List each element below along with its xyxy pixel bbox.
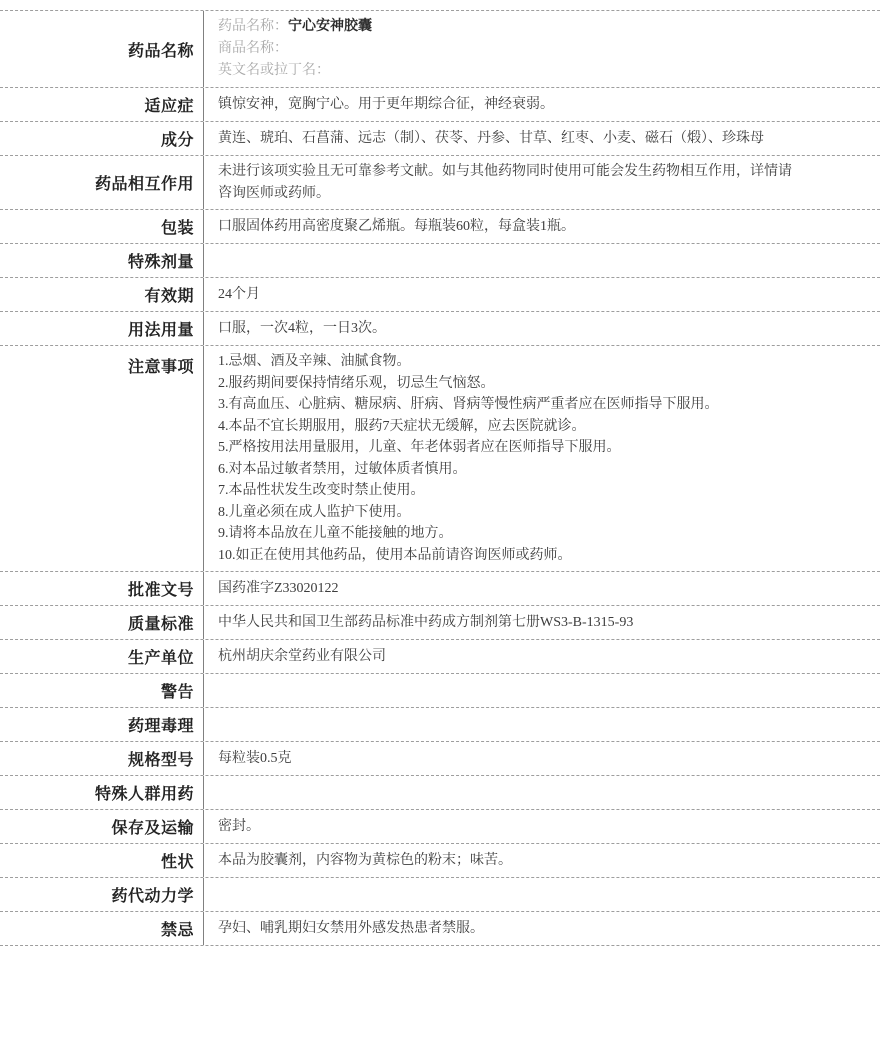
table-row: 特殊人群用药 — [0, 776, 880, 810]
page-canvas: 药品名称药品名称：宁心安神胶囊商品名称：英文名或拉丁名：适应症镇惊安神，宽胸宁心… — [0, 0, 880, 1040]
row-value-line: 密封。 — [218, 816, 796, 838]
row-value-line: 中华人民共和国卫生部药品标准中药成方制剂第七册WS3-B-1315-93 — [218, 612, 796, 634]
row-value-line: 1.忌烟、酒及辛辣、油腻食物。 — [218, 351, 796, 373]
name-field-line: 英文名或拉丁名： — [218, 60, 870, 82]
row-label: 成分 — [0, 122, 204, 155]
row-value-line: 8.儿童必须在成人监护下使用。 — [218, 502, 796, 524]
table-row: 适应症镇惊安神，宽胸宁心。用于更年期综合征，神经衰弱。 — [0, 88, 880, 122]
row-value-line: 24个月 — [218, 284, 796, 306]
row-value-line: 5.严格按用法用量服用，儿童、年老体弱者应在医师指导下服用。 — [218, 437, 796, 459]
row-value: 未进行该项实验且无可靠参考文献。如与其他药物同时使用可能会发生药物相互作用，详情… — [204, 156, 880, 209]
row-value-line: 2.服药期间要保持情绪乐观，切忌生气恼怒。 — [218, 373, 796, 395]
table-row: 包装口服固体药用高密度聚乙烯瓶。每瓶装60粒，每盒装1瓶。 — [0, 210, 880, 244]
row-value: 口服，一次4粒，一日3次。 — [204, 312, 880, 345]
table-row: 保存及运输密封。 — [0, 810, 880, 844]
field-key: 英文名或拉丁名： — [218, 63, 330, 78]
row-value — [204, 244, 880, 277]
row-label: 警告 — [0, 674, 204, 707]
table-row: 用法用量口服，一次4粒，一日3次。 — [0, 312, 880, 346]
row-value: 口服固体药用高密度聚乙烯瓶。每瓶装60粒，每盒装1瓶。 — [204, 210, 880, 243]
table-row: 批准文号国药准字Z33020122 — [0, 572, 880, 606]
row-label: 特殊人群用药 — [0, 776, 204, 809]
table-row: 警告 — [0, 674, 880, 708]
row-label: 药代动力学 — [0, 878, 204, 911]
table-row: 药品名称药品名称：宁心安神胶囊商品名称：英文名或拉丁名： — [0, 11, 880, 88]
row-value: 密封。 — [204, 810, 880, 843]
row-value: 24个月 — [204, 278, 880, 311]
row-value-line: 本品为胶囊剂，内容物为黄棕色的粉末；味苦。 — [218, 850, 796, 872]
table-row: 禁忌孕妇、哺乳期妇女禁用外感发热患者禁服。 — [0, 912, 880, 946]
row-value — [204, 878, 880, 911]
table-row: 性状本品为胶囊剂，内容物为黄棕色的粉末；味苦。 — [0, 844, 880, 878]
row-label: 禁忌 — [0, 912, 204, 945]
row-value-line: 孕妇、哺乳期妇女禁用外感发热患者禁服。 — [218, 918, 796, 940]
name-field-line: 商品名称： — [218, 38, 870, 60]
field-value: 宁心安神胶囊 — [288, 19, 372, 34]
row-value-line: 9.请将本品放在儿童不能接触的地方。 — [218, 523, 796, 545]
row-value: 国药准字Z33020122 — [204, 572, 880, 605]
row-value-line: 每粒装0.5克 — [218, 748, 796, 770]
table-row: 规格型号每粒装0.5克 — [0, 742, 880, 776]
row-value-line: 7.本品性状发生改变时禁止使用。 — [218, 480, 796, 502]
row-label: 特殊剂量 — [0, 244, 204, 277]
table-row: 特殊剂量 — [0, 244, 880, 278]
row-value: 黄连、琥珀、石菖蒲、远志（制）、茯苓、丹参、甘草、红枣、小麦、磁石（煅）、珍珠母 — [204, 122, 880, 155]
row-value-line: 3.有高血压、心脏病、糖尿病、肝病、肾病等慢性病严重者应在医师指导下服用。 — [218, 394, 796, 416]
row-value-line: 杭州胡庆余堂药业有限公司 — [218, 646, 796, 668]
name-field-line: 药品名称：宁心安神胶囊 — [218, 16, 870, 38]
row-value: 孕妇、哺乳期妇女禁用外感发热患者禁服。 — [204, 912, 880, 945]
row-value: 每粒装0.5克 — [204, 742, 880, 775]
table-row: 生产单位杭州胡庆余堂药业有限公司 — [0, 640, 880, 674]
row-value: 本品为胶囊剂，内容物为黄棕色的粉末；味苦。 — [204, 844, 880, 877]
row-label: 药品名称 — [0, 11, 204, 87]
row-value-line: 国药准字Z33020122 — [218, 578, 796, 600]
table-row: 质量标准中华人民共和国卫生部药品标准中药成方制剂第七册WS3-B-1315-93 — [0, 606, 880, 640]
table-row: 有效期24个月 — [0, 278, 880, 312]
row-value-line: 口服，一次4粒，一日3次。 — [218, 318, 796, 340]
row-label: 有效期 — [0, 278, 204, 311]
row-label: 药理毒理 — [0, 708, 204, 741]
table-row: 成分黄连、琥珀、石菖蒲、远志（制）、茯苓、丹参、甘草、红枣、小麦、磁石（煅）、珍… — [0, 122, 880, 156]
field-key: 药品名称： — [218, 19, 288, 34]
row-value: 1.忌烟、酒及辛辣、油腻食物。2.服药期间要保持情绪乐观，切忌生气恼怒。3.有高… — [204, 346, 880, 571]
row-value — [204, 708, 880, 741]
row-value-line: 6.对本品过敏者禁用，过敏体质者慎用。 — [218, 459, 796, 481]
row-label: 生产单位 — [0, 640, 204, 673]
row-value: 药品名称：宁心安神胶囊商品名称：英文名或拉丁名： — [204, 11, 880, 87]
row-value-line: 10.如正在使用其他药品，使用本品前请咨询医师或药师。 — [218, 545, 796, 567]
row-value — [204, 674, 880, 707]
row-label: 药品相互作用 — [0, 156, 204, 209]
row-label: 批准文号 — [0, 572, 204, 605]
row-value — [204, 776, 880, 809]
row-value-line: 未进行该项实验且无可靠参考文献。如与其他药物同时使用可能会发生药物相互作用，详情… — [218, 161, 796, 204]
drug-info-table: 药品名称药品名称：宁心安神胶囊商品名称：英文名或拉丁名：适应症镇惊安神，宽胸宁心… — [0, 10, 880, 946]
row-value: 杭州胡庆余堂药业有限公司 — [204, 640, 880, 673]
row-value-line: 4.本品不宜长期服用，服药7天症状无缓解，应去医院就诊。 — [218, 416, 796, 438]
row-label: 性状 — [0, 844, 204, 877]
row-value: 中华人民共和国卫生部药品标准中药成方制剂第七册WS3-B-1315-93 — [204, 606, 880, 639]
row-label: 规格型号 — [0, 742, 204, 775]
field-key: 商品名称： — [218, 41, 288, 56]
row-label: 保存及运输 — [0, 810, 204, 843]
row-value-line: 黄连、琥珀、石菖蒲、远志（制）、茯苓、丹参、甘草、红枣、小麦、磁石（煅）、珍珠母 — [218, 128, 796, 150]
table-row: 注意事项1.忌烟、酒及辛辣、油腻食物。2.服药期间要保持情绪乐观，切忌生气恼怒。… — [0, 346, 880, 572]
row-label: 适应症 — [0, 88, 204, 121]
row-value-line: 口服固体药用高密度聚乙烯瓶。每瓶装60粒，每盒装1瓶。 — [218, 216, 796, 238]
table-row: 药理毒理 — [0, 708, 880, 742]
table-row: 药代动力学 — [0, 878, 880, 912]
row-value: 镇惊安神，宽胸宁心。用于更年期综合征，神经衰弱。 — [204, 88, 880, 121]
row-label: 质量标准 — [0, 606, 204, 639]
table-row: 药品相互作用未进行该项实验且无可靠参考文献。如与其他药物同时使用可能会发生药物相… — [0, 156, 880, 210]
row-label: 用法用量 — [0, 312, 204, 345]
row-label: 注意事项 — [0, 346, 204, 571]
row-label: 包装 — [0, 210, 204, 243]
row-value-line: 镇惊安神，宽胸宁心。用于更年期综合征，神经衰弱。 — [218, 94, 796, 116]
